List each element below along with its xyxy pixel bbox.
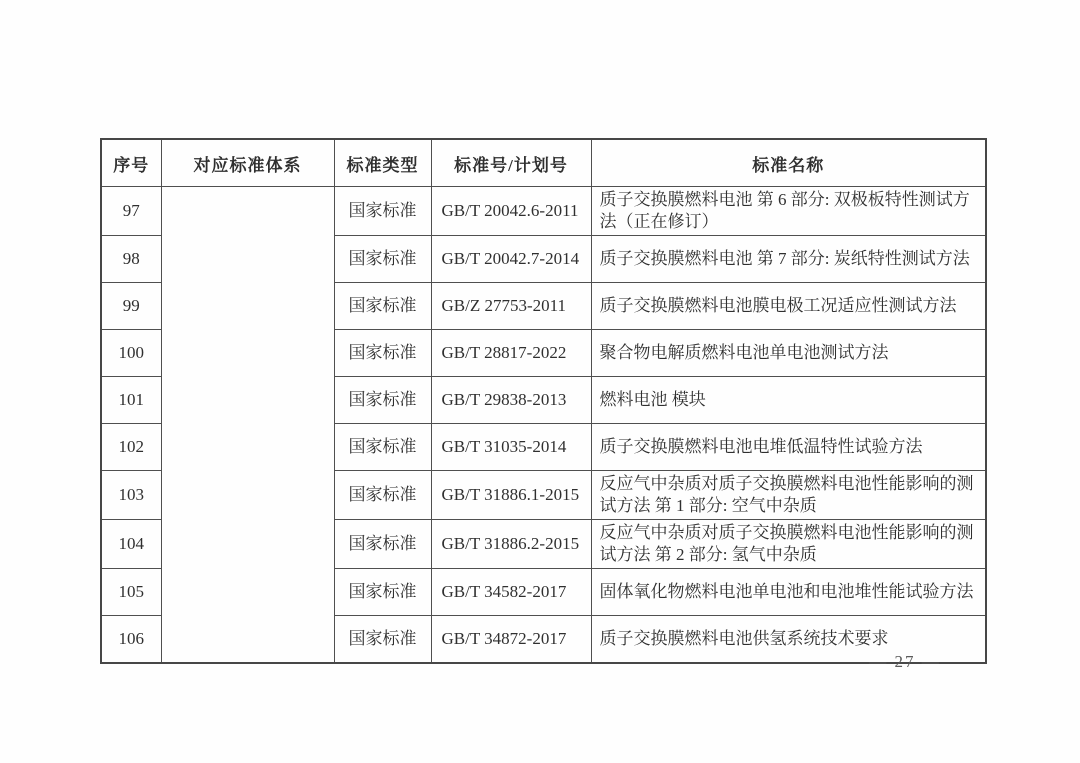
standards-table: 序号对应标准体系标准类型标准号/计划号标准名称 97国家标准GB/T 20042… xyxy=(100,138,987,664)
cell-standard-code: GB/T 31035-2014 xyxy=(431,424,591,471)
cell-standard-type: 国家标准 xyxy=(334,520,431,569)
cell-standard-type: 国家标准 xyxy=(334,330,431,377)
cell-standard-type: 国家标准 xyxy=(334,616,431,664)
cell-index: 103 xyxy=(101,471,161,520)
cell-standard-code: GB/T 31886.2-2015 xyxy=(431,520,591,569)
column-header-index: 序号 xyxy=(101,139,161,187)
document-page: 序号对应标准体系标准类型标准号/计划号标准名称 97国家标准GB/T 20042… xyxy=(0,0,1080,763)
cell-standard-name: 质子交换膜燃料电池 第 6 部分: 双极板特性测试方法（正在修订） xyxy=(591,187,986,236)
cell-standard-code: GB/T 31886.1-2015 xyxy=(431,471,591,520)
cell-standard-name: 燃料电池 模块 xyxy=(591,377,986,424)
cell-standard-type: 国家标准 xyxy=(334,187,431,236)
cell-standard-code: GB/T 29838-2013 xyxy=(431,377,591,424)
table-header-row: 序号对应标准体系标准类型标准号/计划号标准名称 xyxy=(101,139,986,187)
cell-standard-code: GB/T 28817-2022 xyxy=(431,330,591,377)
cell-index: 101 xyxy=(101,377,161,424)
cell-index: 102 xyxy=(101,424,161,471)
cell-standard-name: 聚合物电解质燃料电池单电池测试方法 xyxy=(591,330,986,377)
cell-standard-name: 反应气中杂质对质子交换膜燃料电池性能影响的测试方法 第 2 部分: 氢气中杂质 xyxy=(591,520,986,569)
cell-index: 104 xyxy=(101,520,161,569)
cell-standard-type: 国家标准 xyxy=(334,471,431,520)
cell-standard-type: 国家标准 xyxy=(334,377,431,424)
cell-index: 98 xyxy=(101,236,161,283)
cell-standard-type: 国家标准 xyxy=(334,424,431,471)
column-header-system: 对应标准体系 xyxy=(161,139,334,187)
table-row: 97国家标准GB/T 20042.6-2011质子交换膜燃料电池 第 6 部分:… xyxy=(101,187,986,236)
column-header-name: 标准名称 xyxy=(591,139,986,187)
cell-standard-name: 反应气中杂质对质子交换膜燃料电池性能影响的测试方法 第 1 部分: 空气中杂质 xyxy=(591,471,986,520)
table-body: 97国家标准GB/T 20042.6-2011质子交换膜燃料电池 第 6 部分:… xyxy=(101,187,986,664)
cell-standard-name: 固体氧化物燃料电池单电池和电池堆性能试验方法 xyxy=(591,569,986,616)
cell-standard-name: 质子交换膜燃料电池电堆低温特性试验方法 xyxy=(591,424,986,471)
column-header-type: 标准类型 xyxy=(334,139,431,187)
cell-standard-code: GB/T 34872-2017 xyxy=(431,616,591,664)
cell-index: 106 xyxy=(101,616,161,664)
cell-index: 100 xyxy=(101,330,161,377)
table-header: 序号对应标准体系标准类型标准号/计划号标准名称 xyxy=(101,139,986,187)
cell-index: 99 xyxy=(101,283,161,330)
page-number: — 27 — xyxy=(840,650,970,674)
cell-standard-name: 质子交换膜燃料电池 第 7 部分: 炭纸特性测试方法 xyxy=(591,236,986,283)
column-header-code: 标准号/计划号 xyxy=(431,139,591,187)
cell-standard-code: GB/T 34582-2017 xyxy=(431,569,591,616)
cell-standard-code: GB/Z 27753-2011 xyxy=(431,283,591,330)
merged-system-cell xyxy=(161,187,334,664)
cell-standard-name: 质子交换膜燃料电池膜电极工况适应性测试方法 xyxy=(591,283,986,330)
cell-standard-code: GB/T 20042.6-2011 xyxy=(431,187,591,236)
cell-standard-type: 国家标准 xyxy=(334,236,431,283)
cell-standard-type: 国家标准 xyxy=(334,569,431,616)
cell-standard-code: GB/T 20042.7-2014 xyxy=(431,236,591,283)
cell-standard-type: 国家标准 xyxy=(334,283,431,330)
cell-index: 105 xyxy=(101,569,161,616)
cell-index: 97 xyxy=(101,187,161,236)
